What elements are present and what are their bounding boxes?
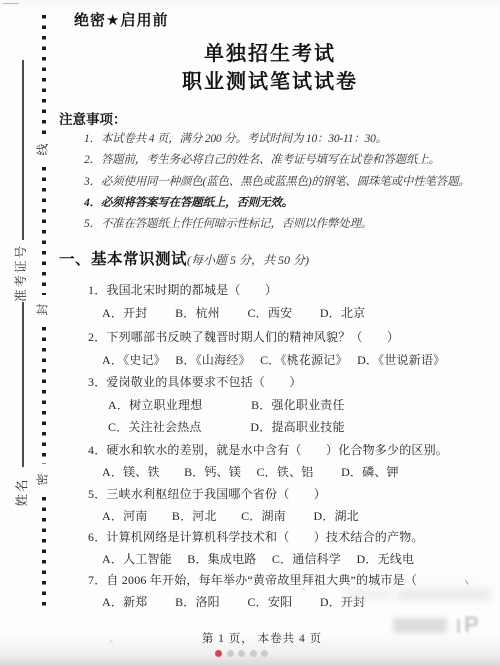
question-5-options: A．河南 B．河北 C．湖南 D．湖北 — [102, 507, 359, 524]
seal-solid-line-bottom — [22, 302, 24, 467]
section-heading: 一、基本常识测试(每小题 5 分，共 50 分) — [59, 247, 309, 269]
question-3-options-ab: A．树立职业理想 B．强化职业责任 — [108, 396, 345, 413]
candidate-number-label: 准考证号 — [11, 237, 29, 309]
watermark-blur-smudge-1 — [398, 588, 490, 601]
pagination-dots[interactable] — [215, 650, 268, 657]
note-item-5: 5．不准在答题纸上作任何暗示性标记，否则以作弊处理。 — [84, 215, 494, 231]
notes-heading: 注意事项： — [59, 108, 127, 128]
question-4-options: A．镁、铁 B．钙、镁 C．铁、铝 D．磷、钾 — [102, 463, 399, 480]
exam-paper-page: 准考证号 姓名 线 封 密 绝密★启用前 单独招生考试 职业测试笔试试卷 注意事… — [0, 0, 500, 666]
exam-title-line1: 单独招生考试 — [40, 37, 500, 66]
question-7-options: A．新郑 B．洛阳 C．安阳 D．开封 — [102, 593, 365, 610]
seal-solid-line-top — [22, 60, 24, 240]
seal-char-mi: 密 — [34, 473, 51, 485]
note-item-4: 4．必须将答案写在答题纸上，否则无效。 — [84, 194, 494, 210]
question-7-stem: 7．自 2006 年开始，每年举办“黄帝故里拜祖大典”的城市是（ — [88, 571, 417, 588]
pagination-dot-active[interactable] — [215, 650, 222, 657]
question-3-options-cd: C．关注社会热点 D．提高职业技能 — [108, 418, 345, 435]
pagination-dot[interactable] — [250, 650, 257, 657]
question-1-options: A．开封 B．杭州 C．西安 D．北京 — [102, 304, 365, 321]
stray-mark-after-q7: 丶 — [459, 573, 474, 592]
seal-dotted-line-4 — [42, 497, 46, 609]
seal-dotted-line-2 — [42, 167, 46, 295]
classification-banner: 绝密★启用前 — [74, 9, 168, 30]
exam-title-line2: 职业测试笔试试卷 — [40, 65, 500, 94]
note-item-1: 1．本试卷共 4 页，满分 200 分。考试时间为 10：30-11：30。 — [84, 130, 494, 146]
question-4-stem: 4．硬水和软水的差别，就是水中含有（ ）化合物多少的区别。 — [88, 441, 448, 458]
photo-edge-mark — [3, 3, 19, 4]
seal-dotted-line-3 — [42, 327, 46, 464]
question-2-stem: 2．下列哪部书反映了魏晋时期人们的精神风貌？（ ） — [88, 328, 399, 345]
question-5-stem: 5．三峡水利枢纽位于我国哪个省份（ ） — [88, 485, 326, 502]
pagination-dot[interactable] — [227, 650, 234, 657]
question-2-options: A．《史记》 B．《山海经》 C．《桃花源记》 D．《世说新语》 — [102, 351, 445, 368]
seal-char-xian: 线 — [34, 143, 51, 155]
seal-char-feng: 封 — [34, 303, 51, 315]
section-title: 一、基本常识测试 — [59, 251, 187, 268]
question-3-stem: 3．爱岗敬业的具体要求不包括（ ） — [88, 373, 302, 390]
pagination-dot[interactable] — [261, 650, 268, 657]
note-item-2: 2．答题前，考生务必将自己的姓名、准考证号填写在试卷和答题纸上。 — [84, 151, 494, 167]
pagination-dot[interactable] — [238, 650, 245, 657]
page-number-info: 第 1 页， 本卷共 4 页 — [40, 630, 484, 646]
question-6-stem: 6．计算机网络是计算机科学技术和（ ）技术结合的产物。 — [88, 528, 424, 545]
question-6-options: A．人工智能 B．集成电路 C．通信科学 D．无线电 — [102, 550, 414, 567]
note-item-3: 3．必须使用同一种颜色(蓝色、黑色或蓝黑色)的钢笔、圆珠笔或中性笔答题。 — [84, 173, 494, 189]
section-score-note: (每小题 5 分，共 50 分) — [187, 253, 309, 267]
name-label: 姓名 — [12, 468, 30, 516]
question-1-stem: 1．我国北宋时期的都城是（ ） — [88, 281, 277, 298]
